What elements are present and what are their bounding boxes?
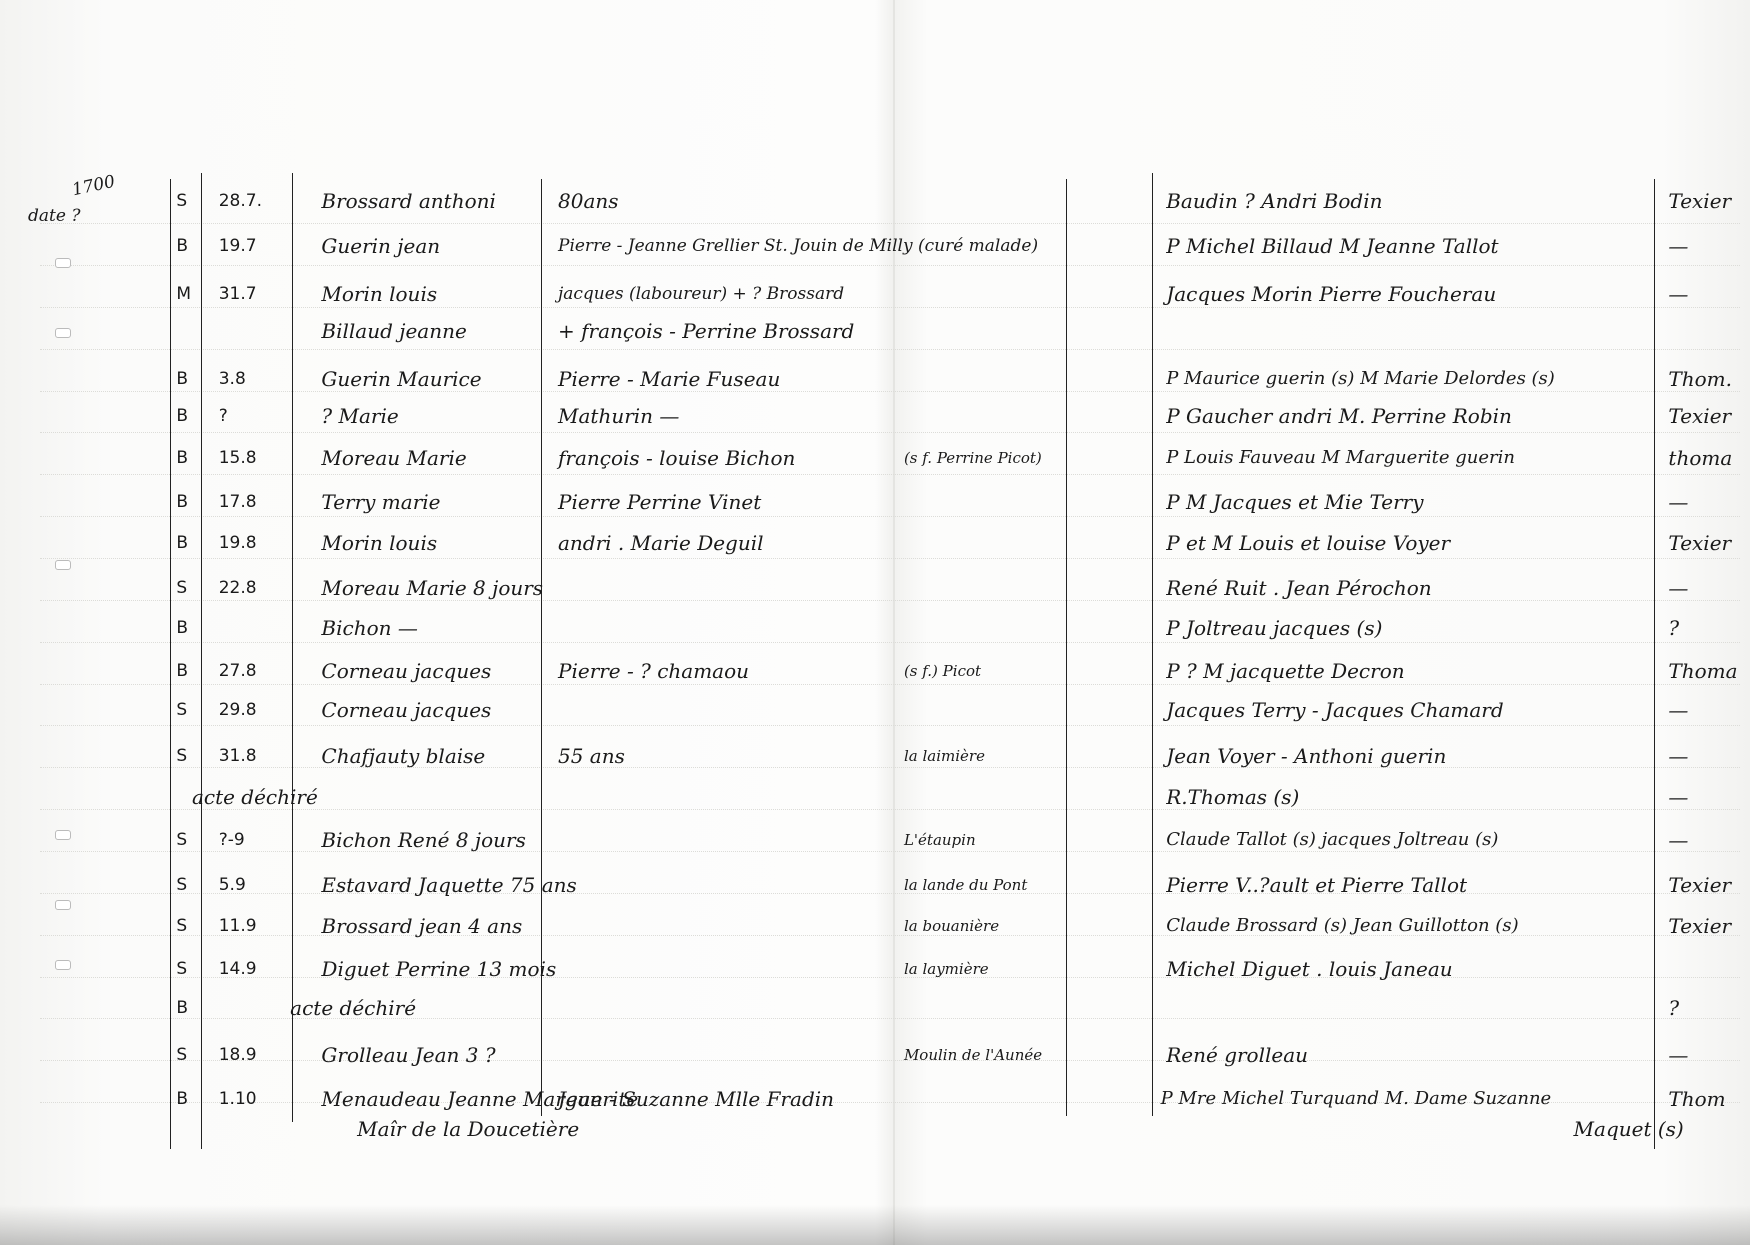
cell-type: M [176,282,191,306]
cell-name: Moreau Marie 8 jours [321,576,543,600]
cell-name: Grolleau Jean 3 ? [321,1043,495,1067]
cell-name: Terry marie [321,490,440,514]
cell-parents: Jean - Suzanne Mlle Fradin [558,1087,834,1111]
cell-type: S [176,957,187,981]
cell-priest: thoma [1668,446,1732,470]
ruled-line [40,558,1740,559]
margin-year: 1700 [70,172,116,201]
cell-priest: Thoma [1668,659,1737,683]
cell-priest: Texier [1668,531,1731,555]
cell-type: S [176,914,187,938]
cell-type: B [176,996,188,1020]
cell-name: Estavard Jaquette 75 ans [321,873,576,897]
cell-witnesses: Baudin ? Andri Bodin [1166,189,1382,213]
cell-witnesses: Maquet (s) [1574,1117,1684,1141]
column-divider [201,173,202,1150]
cell-parents: jacques (laboureur) + ? Brossard [558,282,844,306]
cell-place: la lande du Pont [904,873,1027,897]
cell-name: acte déchiré [290,996,416,1020]
cell-date: 29.8 [219,698,257,722]
cell-date: 18.9 [219,1043,257,1067]
cell-witnesses: René grolleau [1166,1043,1308,1067]
ruled-line [40,307,1740,308]
cell-parents: françois - louise Bichon [558,446,795,470]
cell-type: B [176,616,188,640]
cell-witnesses: P Michel Billaud M Jeanne Tallot [1166,234,1498,258]
cell-place: (s f. Perrine Picot) [904,446,1042,470]
cell-witnesses: Claude Tallot (s) jacques Joltreau (s) [1166,828,1498,852]
cell-type: B [176,367,188,391]
cell-parents: + françois - Perrine Brossard [558,319,854,343]
cell-parents: 80ans [558,189,619,213]
cell-witnesses: P M Jacques et Mie Terry [1166,490,1423,514]
cell-place: (s f.) Picot [904,659,981,683]
cell-date: 27.8 [219,659,257,683]
column-divider [1152,173,1153,1116]
cell-priest: Texier [1668,914,1731,938]
cell-name: Guerin jean [321,234,440,258]
ruled-line [40,893,1740,894]
cell-date: 14.9 [219,957,257,981]
cell-priest: — [1668,744,1688,768]
cell-witnesses: René Ruit . Jean Pérochon [1166,576,1431,600]
cell-witnesses: P Joltreau jacques (s) [1166,616,1382,640]
cell-type: S [176,1043,187,1067]
cell-type: B [176,490,188,514]
cell-name: Morin louis [321,282,437,306]
cell-date: 17.8 [219,490,257,514]
ruled-line [40,684,1740,685]
cell-type: B [176,659,188,683]
cell-name: Guerin Maurice [321,367,481,391]
cell-name: Billaud jeanne [321,319,466,343]
cell-witnesses: Michel Diguet . louis Janeau [1166,957,1452,981]
cell-parents: Pierre - ? chamaou [558,659,749,683]
ruled-line [40,642,1740,643]
cell-priest: — [1668,828,1688,852]
cell-type: S [176,576,187,600]
cell-priest: — [1668,282,1688,306]
cell-priest: — [1668,490,1688,514]
cell-type: S [176,873,187,897]
column-divider [292,173,293,1122]
cell-name: Bichon — [321,616,417,640]
cell-parents: Pierre Perrine Vinet [558,490,761,514]
cell-priest: Texier [1668,189,1731,213]
cell-witnesses: P Maurice guerin (s) M Marie Delordes (s… [1166,367,1555,391]
cell-parents: Pierre - Jeanne Grellier St. Jouin de Mi… [558,234,1038,258]
cell-witnesses: Pierre V..?ault et Pierre Tallot [1166,873,1467,897]
ruled-line [40,600,1740,601]
ruled-line [40,223,1740,224]
cell-name: Brossard jean 4 ans [321,914,522,938]
punch-hole [55,258,71,268]
cell-type: S [176,189,187,213]
cell-date: 28.7. [219,189,262,213]
cell-date: ?-9 [219,828,245,852]
cell-place: L'étaupin [904,828,976,852]
cell-priest: Texier [1668,404,1731,428]
punch-hole [55,900,71,910]
register-page: 1700 date ? S28.7.Brossard anthoni80ansB… [0,0,1750,1245]
cell-parents: 55 ans [558,744,625,768]
cell-name: acte déchiré [192,785,318,809]
cell-witnesses: Claude Brossard (s) Jean Guillotton (s) [1166,914,1518,938]
ruled-line [40,265,1740,266]
cell-name: Bichon René 8 jours [321,828,525,852]
cell-priest: — [1668,234,1688,258]
ruled-line [40,474,1740,475]
cell-parents: Mathurin — [558,404,679,428]
cell-witnesses: Jacques Morin Pierre Foucherau [1166,282,1496,306]
column-divider [1066,179,1067,1116]
column-divider [1654,179,1655,1150]
ruled-line [40,725,1740,726]
cell-type: S [176,698,187,722]
cell-date: 5.9 [219,873,246,897]
punch-hole [55,328,71,338]
cell-type: B [176,446,188,470]
cell-parents: andri . Marie Deguil [558,531,764,555]
cell-name: Brossard anthoni [321,189,496,213]
cell-type: B [176,1087,188,1111]
scan-shadow [0,1205,1750,1245]
cell-witnesses: P ? M jacquette Decron [1166,659,1404,683]
cell-name: Diguet Perrine 13 mois [321,957,556,981]
cell-witnesses: P et M Louis et louise Voyer [1166,531,1450,555]
ruled-line [40,809,1740,810]
cell-priest: Thom [1668,1087,1725,1111]
ruled-line [40,349,1740,350]
ruled-line [40,516,1740,517]
cell-priest: — [1668,698,1688,722]
cell-type: B [176,404,188,428]
cell-date: ? [219,404,228,428]
cell-priest: ? [1668,996,1679,1020]
cell-place: la bouanière [904,914,999,938]
cell-date: 1.10 [219,1087,257,1111]
cell-date: 22.8 [219,576,257,600]
cell-place: la laimière [904,744,985,768]
cell-witnesses: P Mre Michel Turquand M. Dame Suzanne [1161,1087,1552,1111]
page-fold [893,0,895,1245]
cell-type: B [176,234,188,258]
cell-witnesses: P Louis Fauveau M Marguerite guerin [1166,446,1515,470]
cell-witnesses: Jean Voyer - Anthoni guerin [1166,744,1446,768]
cell-name: Maîr de la Doucetière [357,1117,579,1141]
column-divider [170,179,171,1150]
cell-date: 31.7 [219,282,257,306]
cell-place: la laymière [904,957,989,981]
cell-date: 11.9 [219,914,257,938]
ruled-line [40,767,1740,768]
margin-note: date ? [28,206,80,226]
cell-type: B [176,531,188,555]
cell-date: 3.8 [219,367,246,391]
cell-place: Moulin de l'Aunée [904,1043,1042,1067]
ruled-line [40,977,1740,978]
cell-witnesses: Jacques Terry - Jacques Chamard [1166,698,1503,722]
punch-hole [55,830,71,840]
cell-priest: ? [1668,616,1679,640]
cell-name: Morin louis [321,531,437,555]
ruled-line [40,1060,1740,1061]
cell-witnesses: P Gaucher andri M. Perrine Robin [1166,404,1512,428]
cell-name: Moreau Marie [321,446,466,470]
cell-priest: — [1668,576,1688,600]
cell-date: 19.8 [219,531,257,555]
cell-name: ? Marie [321,404,398,428]
cell-date: 19.7 [219,234,257,258]
cell-name: Chafjauty blaise [321,744,485,768]
cell-priest: Texier [1668,873,1731,897]
cell-name: Corneau jacques [321,659,491,683]
punch-hole [55,560,71,570]
cell-type: S [176,744,187,768]
cell-date: 31.8 [219,744,257,768]
cell-date: 15.8 [219,446,257,470]
cell-type: S [176,828,187,852]
cell-witnesses: R.Thomas (s) [1166,785,1299,809]
cell-parents: Pierre - Marie Fuseau [558,367,780,391]
cell-name: Corneau jacques [321,698,491,722]
punch-hole [55,960,71,970]
cell-priest: Thom. [1668,367,1732,391]
ruled-line [40,432,1740,433]
cell-priest: — [1668,785,1688,809]
cell-priest: — [1668,1043,1688,1067]
